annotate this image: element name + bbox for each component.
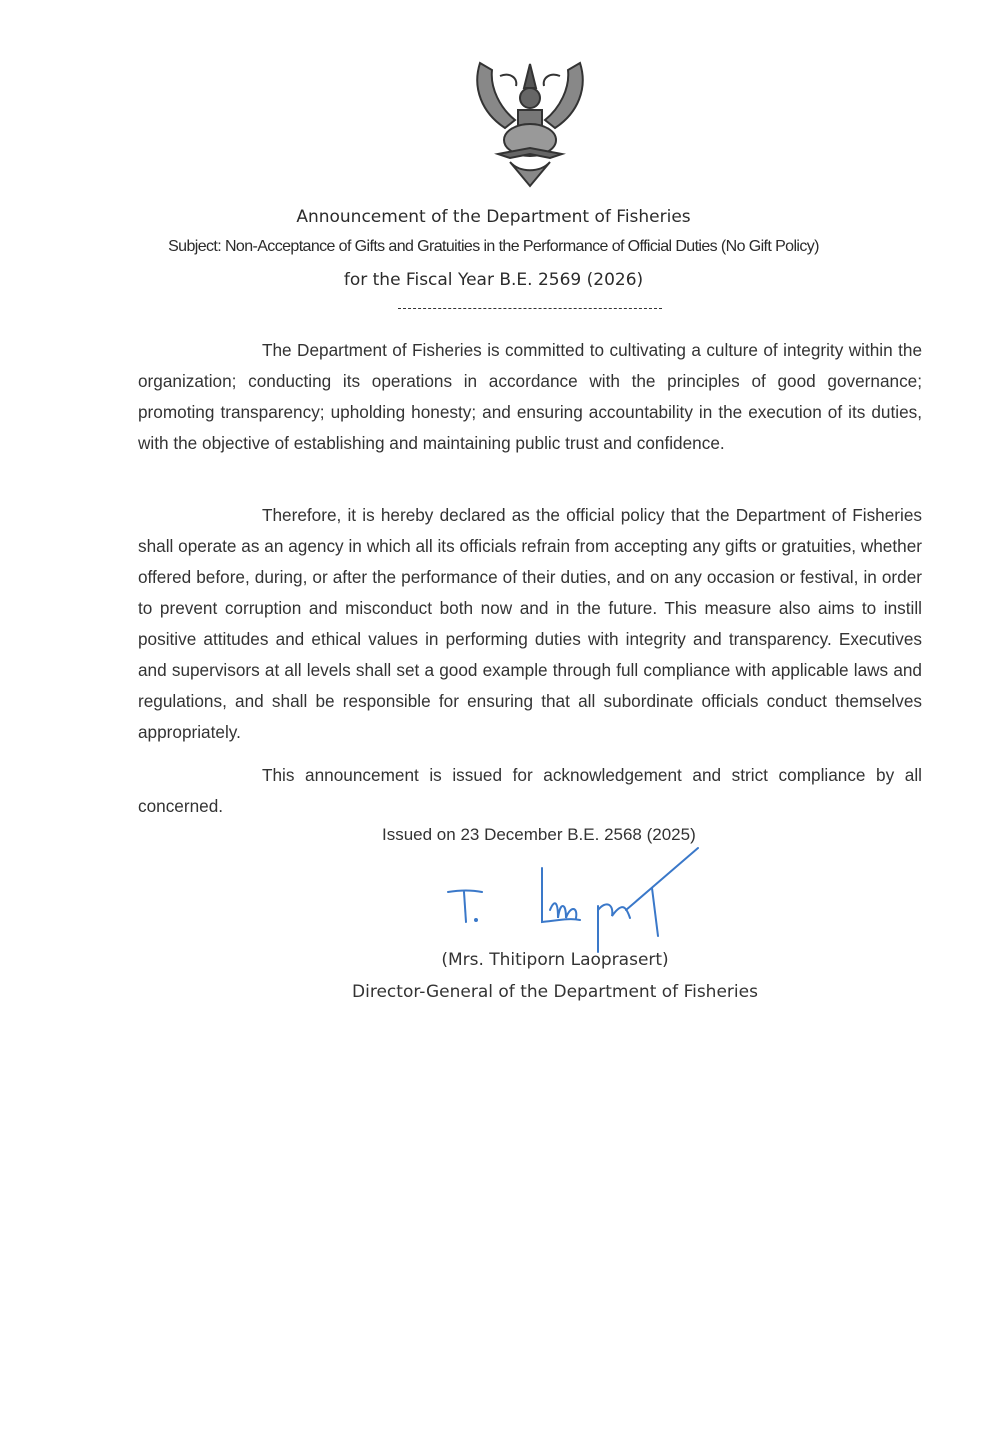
fiscal-year: for the Fiscal Year B.E. 2569 (2026) bbox=[0, 270, 987, 290]
body-paragraph-1: The Department of Fisheries is committed… bbox=[138, 335, 922, 459]
title-divider bbox=[398, 308, 662, 309]
signature-icon bbox=[430, 840, 700, 960]
signatory-name: (Mrs. Thitiporn Laoprasert) bbox=[0, 950, 987, 970]
signatory-title: Director-General of the Department of Fi… bbox=[0, 982, 987, 1002]
garuda-emblem-icon bbox=[470, 58, 590, 188]
body-paragraph-3: This announcement is issued for acknowle… bbox=[138, 760, 922, 822]
announcement-subject: Subject: Non-Acceptance of Gifts and Gra… bbox=[0, 238, 987, 256]
announcement-title: Announcement of the Department of Fisher… bbox=[0, 207, 987, 227]
body-paragraph-2: Therefore, it is hereby declared as the … bbox=[138, 500, 922, 748]
